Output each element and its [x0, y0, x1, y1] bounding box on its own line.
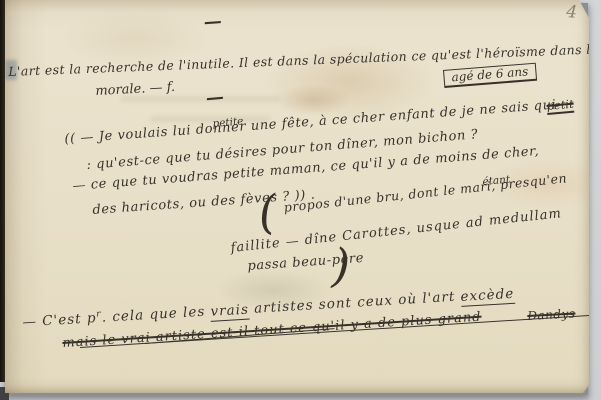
boxed-age-annotation: agé de 6 ans [443, 63, 537, 88]
final-segment: . cela que les [101, 303, 211, 325]
crossed-word-petit: petit [546, 97, 574, 115]
big-close-paren: ) [331, 238, 351, 293]
manuscript-photo: 4 — L'art est la recherche de l'inutile.… [0, 0, 601, 400]
underlined-word-excede: excède [460, 285, 515, 306]
ink-showthrough [120, 96, 280, 102]
age-annotation-text: agé de 6 ans [443, 63, 537, 88]
separator-dash-mid: — [205, 86, 225, 108]
manuscript-line-note-2: faillite — dîne Carottes, usque ad medul… [230, 206, 562, 256]
final-segment: — C'est p [22, 310, 97, 330]
separator-dash-top: — [203, 11, 222, 33]
manuscript-page: 4 — L'art est la recherche de l'inutile.… [5, 0, 589, 393]
inserted-word-etant: étant [482, 174, 511, 188]
manuscript-line-note-1: propos d'une bru, dont le mari, presqu'e… [283, 170, 568, 215]
page-number: 4 [566, 2, 578, 23]
struck-through-word: Dandys [527, 306, 576, 322]
underlined-word-vrais: vrais [210, 301, 249, 321]
